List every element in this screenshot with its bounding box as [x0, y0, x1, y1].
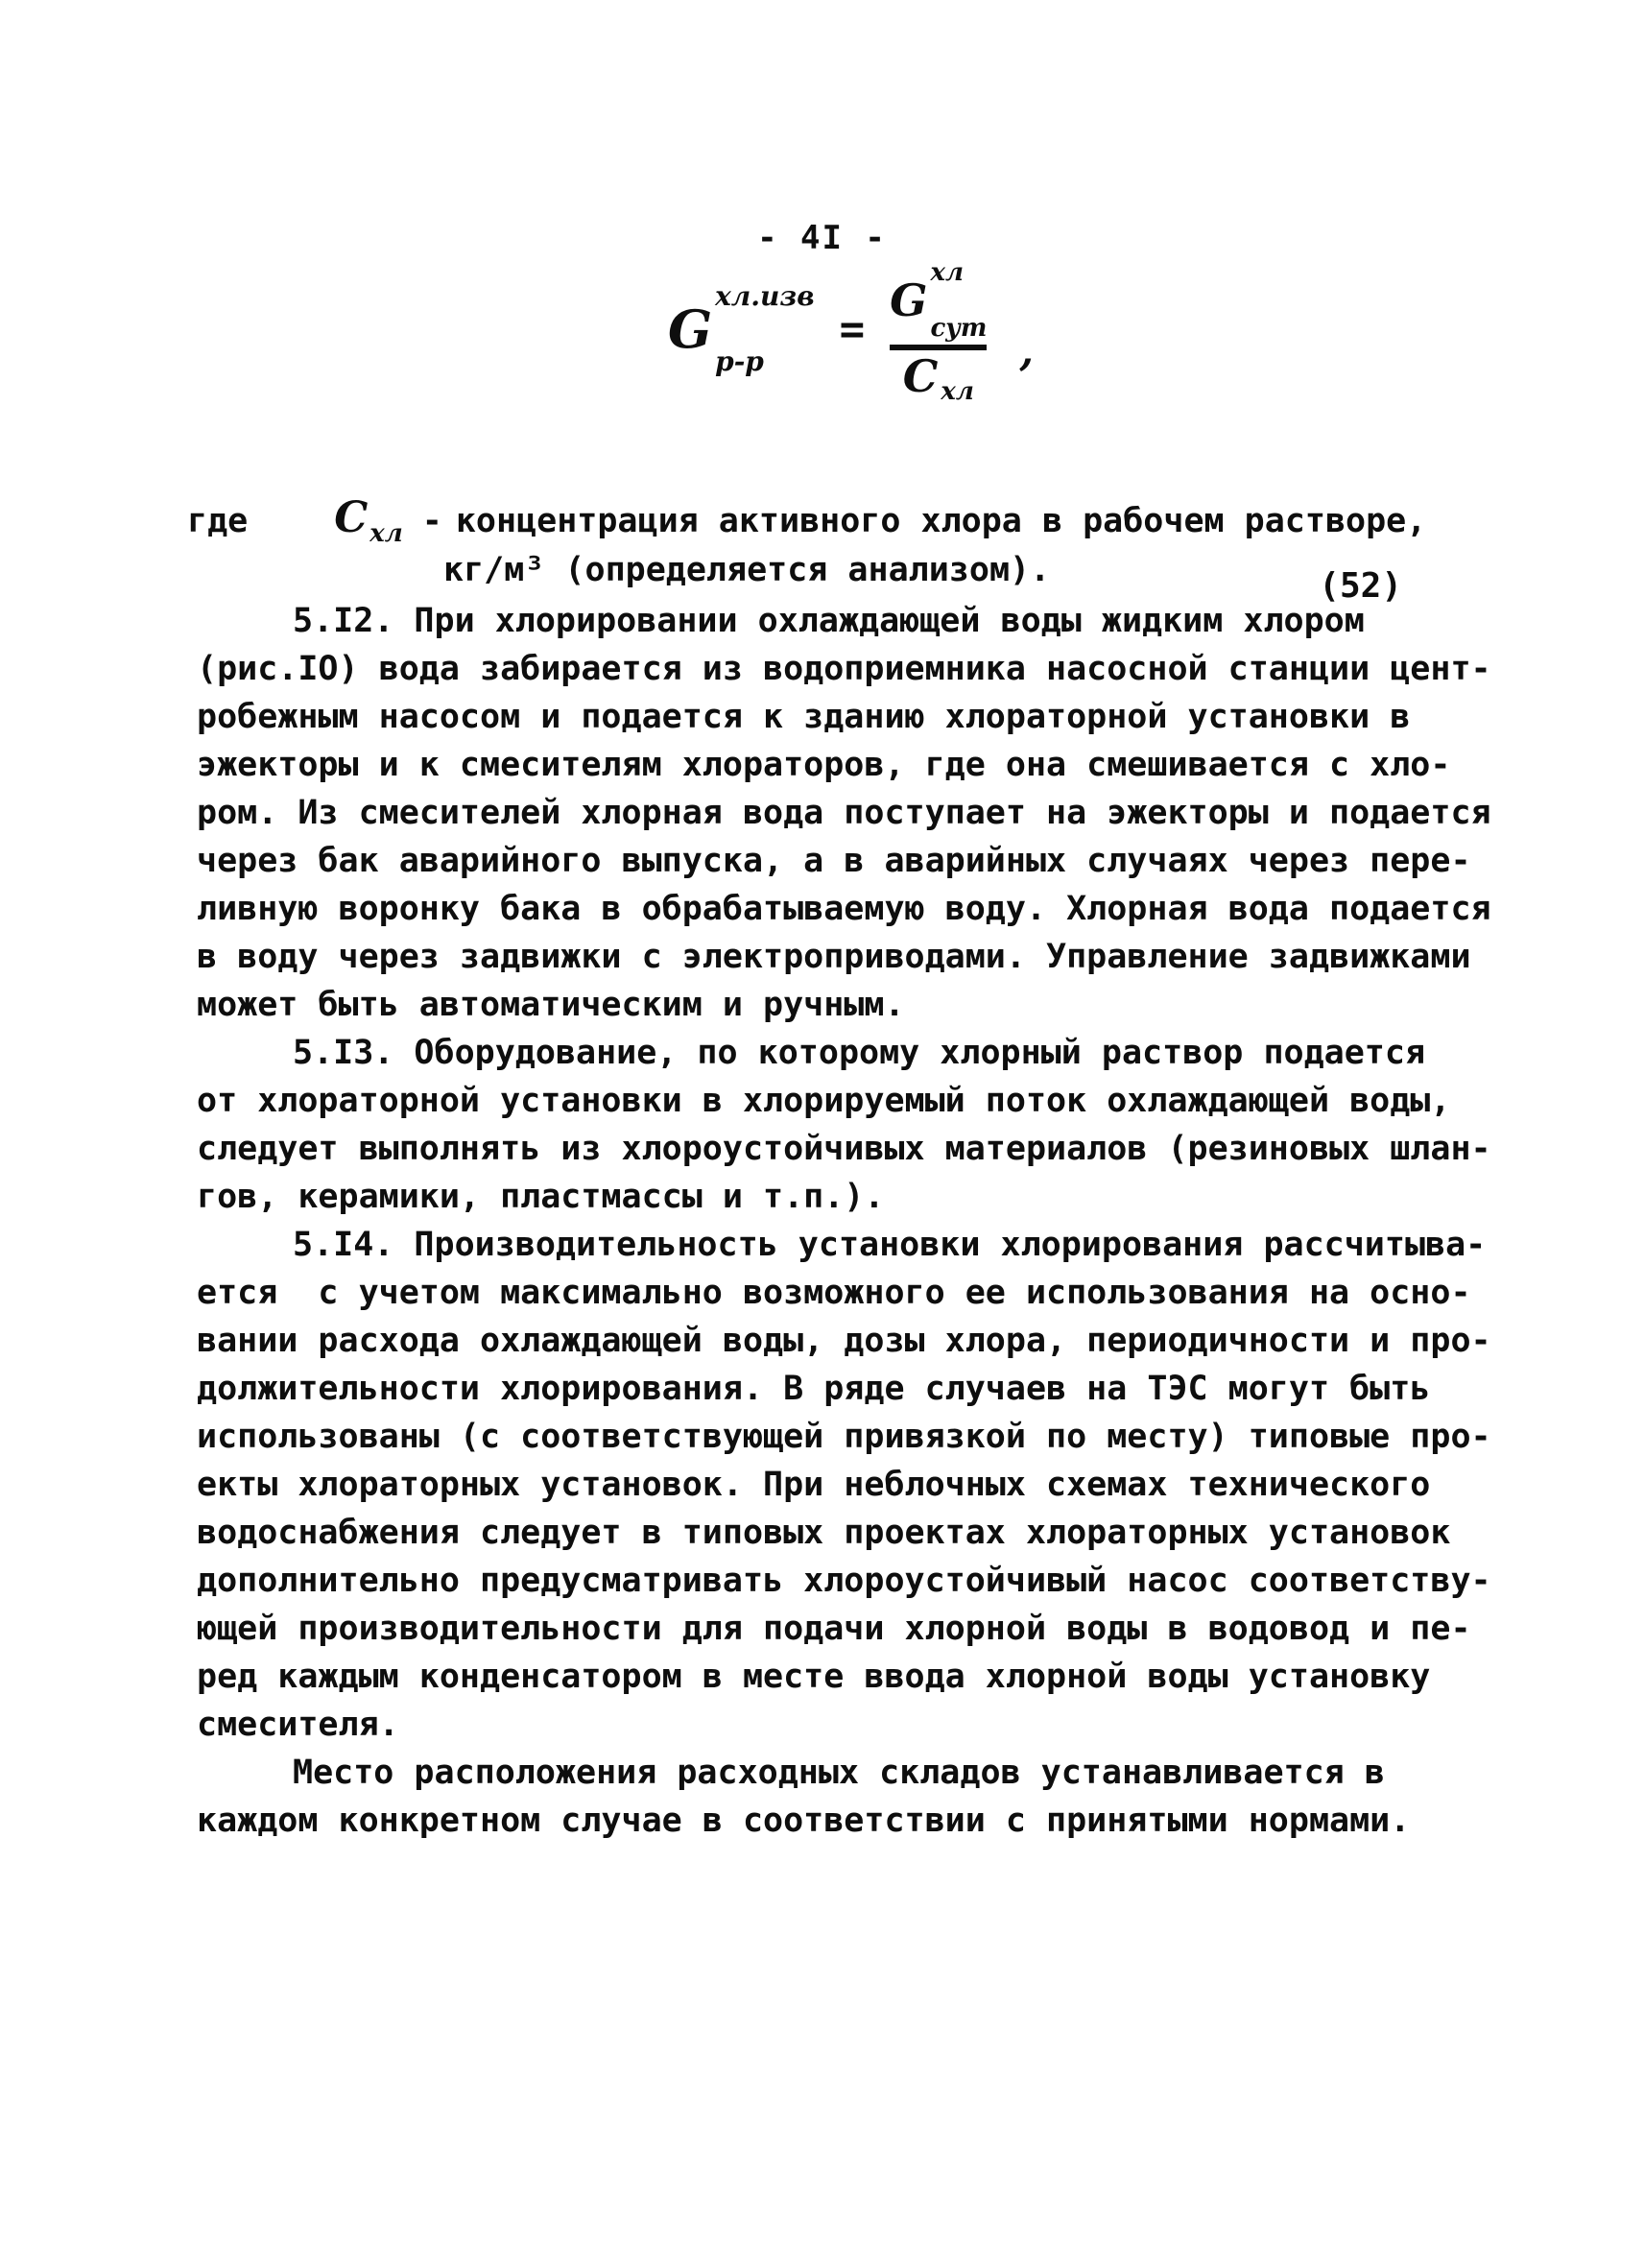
text-line: водоснабжения следует в типовых проектах… — [197, 1509, 1521, 1557]
denominator-base: С — [903, 354, 939, 398]
text-line: вании расхода охлаждающей воды, дозы хло… — [197, 1317, 1521, 1365]
fraction-numerator: G хл сут — [890, 260, 987, 341]
text-line: 5.I2. При хлорировании охлаждающей воды … — [197, 597, 1521, 645]
formula-fraction: G хл сут С хл — [890, 260, 987, 398]
fraction-denominator: С хл — [903, 354, 974, 398]
scanned-document-page: - 4I - G хл.изв р-р = G хл сут — [0, 0, 1644, 2268]
document-body: 5.I2. При хлорировании охлаждающей воды … — [197, 597, 1521, 1845]
text-line: через бак аварийного выпуска, а в аварий… — [197, 837, 1521, 885]
numerator-scripts: хл сут — [930, 260, 987, 341]
text-line: Место расположения расходных складов уст… — [197, 1749, 1521, 1797]
numerator-superscript: хл — [930, 260, 987, 285]
formula-row: G хл.изв р-р = G хл сут С хл — [0, 257, 1644, 401]
denominator-subscript: хл — [941, 377, 974, 406]
where-definition-line2: кг/м³ (определяется анализом). — [443, 551, 1050, 589]
where-symbol-base: С — [334, 493, 368, 542]
equals-sign: = — [840, 305, 866, 354]
page-number: - 4I - — [0, 219, 1644, 257]
text-line: ред каждым конденсатором в месте ввода х… — [197, 1653, 1521, 1701]
where-symbol-subscript: хл — [369, 519, 403, 548]
text-line: должительности хлорирования. В ряде случ… — [197, 1365, 1521, 1413]
text-line: гов, керамики, пластмассы и т.п.). — [197, 1173, 1521, 1221]
text-line: в воду через задвижки с электроприводами… — [197, 933, 1521, 981]
formula-lhs-base: G — [668, 303, 712, 355]
text-line: 5.I4. Производительность установки хлори… — [197, 1221, 1521, 1269]
text-line: 5.I3. Оборудование, по которому хлорный … — [197, 1029, 1521, 1077]
numerator-base: G — [890, 278, 927, 322]
text-line: эжекторы и к смесителям хлораторов, где … — [197, 741, 1521, 789]
text-line: дополнительно предусматривать хлороустой… — [197, 1557, 1521, 1605]
formula-52: G хл.изв р-р = G хл сут С хл — [29, 257, 1644, 401]
numerator-subscript: сут — [930, 316, 987, 341]
text-line: екты хлораторных установок. При неблочны… — [197, 1461, 1521, 1509]
text-line: может быть автоматическим и ручным. — [197, 981, 1521, 1029]
formula-lhs-scripts: хл.изв р-р — [715, 283, 815, 375]
text-line: робежным насосом и подается к зданию хло… — [197, 693, 1521, 741]
where-symbol: Схл — [334, 497, 401, 539]
text-line: ющей производительности для подачи хлорн… — [197, 1605, 1521, 1653]
text-line: использованы (с соответствующей привязко… — [197, 1413, 1521, 1461]
text-line: смесителя. — [197, 1701, 1521, 1749]
formula-lhs: G хл.изв р-р — [668, 283, 815, 375]
formula-comma: , — [1019, 327, 1034, 374]
text-line: от хлораторной установки в хлорируемый п… — [197, 1077, 1521, 1125]
text-line: ром. Из смесителей хлорная вода поступае… — [197, 789, 1521, 837]
where-definition-line1: где Схл - концентрация активного хлора в… — [187, 497, 1426, 540]
where-dash: - — [422, 502, 442, 540]
text-line: ется с учетом максимально возможного ее … — [197, 1269, 1521, 1317]
formula-lhs-superscript: хл.изв — [715, 283, 815, 310]
where-definition-text: концентрация активного хлора в рабочем р… — [456, 502, 1426, 540]
where-label: где — [187, 502, 248, 540]
text-line: ливную воронку бака в обрабатываемую вод… — [197, 885, 1521, 933]
text-line: следует выполнять из хлороустойчивых мат… — [197, 1125, 1521, 1173]
text-line: (рис.IO) вода забирается из водоприемник… — [197, 645, 1521, 693]
formula-lhs-subscript: р-р — [715, 348, 815, 375]
text-line: каждом конкретном случае в соответствии … — [197, 1797, 1521, 1845]
